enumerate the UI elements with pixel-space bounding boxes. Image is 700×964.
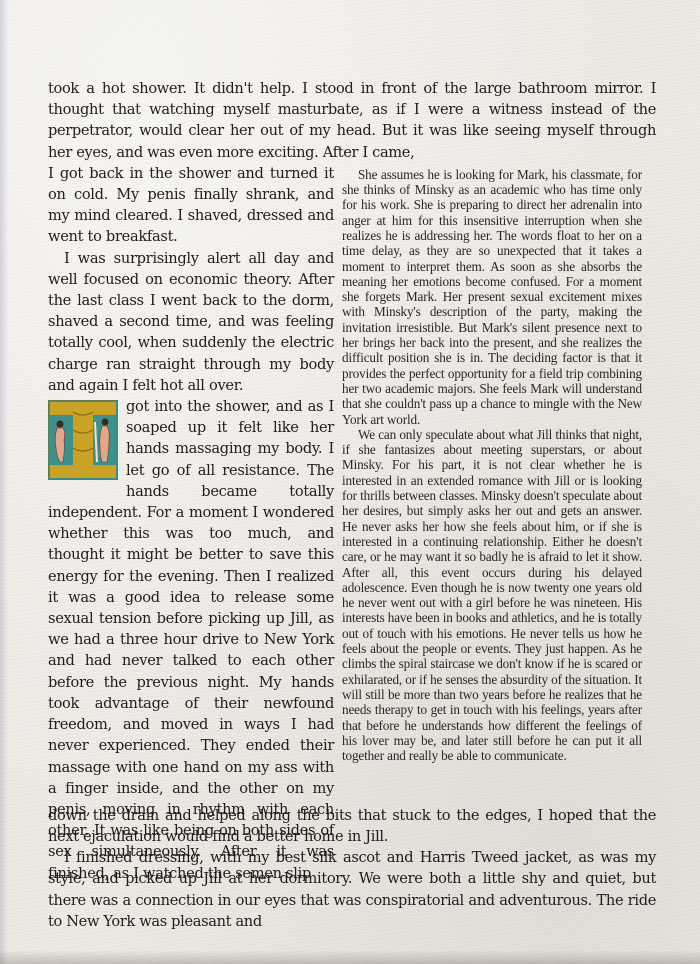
commentary-paragraph-2: We can only speculate about what Jill th… (342, 427, 642, 764)
page-edge-shadow (0, 0, 8, 964)
two-column-section: I got back in the shower and turned it o… (48, 163, 656, 805)
left-column: I got back in the shower and turned it o… (48, 163, 334, 884)
right-column-commentary: She assumes he is looking for Mark, his … (342, 167, 642, 764)
drop-cap-illustration (48, 400, 118, 482)
book-page: took a hot shower. It didn't help. I sto… (48, 78, 656, 932)
commentary-paragraph-1: She assumes he is looking for Mark, his … (342, 167, 642, 427)
left-paragraph-2: I was surprisingly alert all day and wel… (48, 248, 334, 396)
illuminated-initial-icon (48, 400, 118, 480)
page-edge-shadow-bottom (0, 950, 700, 964)
left-paragraph-continuation: I got back in the shower and turned it o… (48, 163, 334, 248)
left-paragraph-3-container: got into the shower, and as I soaped up … (48, 396, 334, 884)
top-paragraph: took a hot shower. It didn't help. I sto… (48, 78, 656, 163)
